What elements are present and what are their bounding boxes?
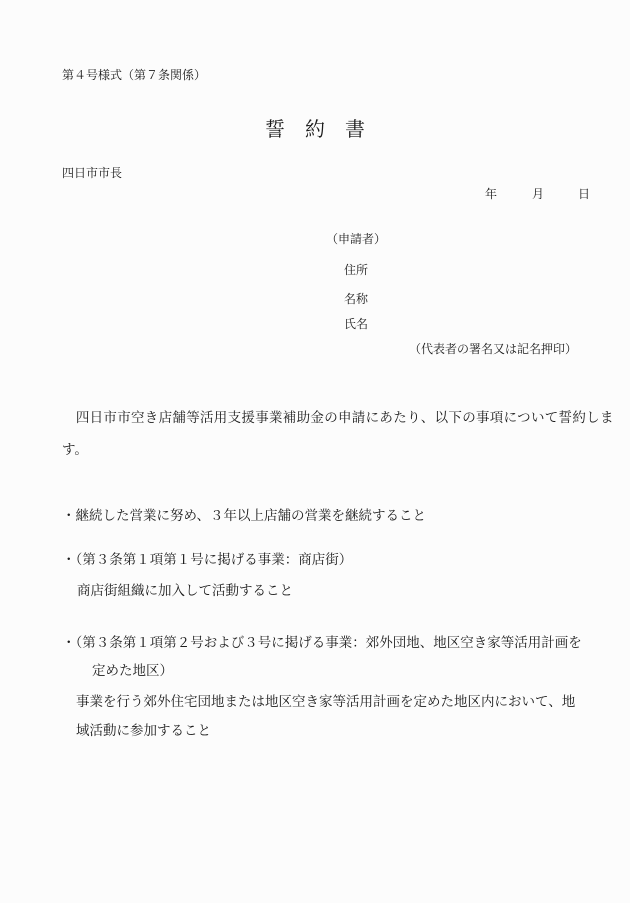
pledge-item: ・継続した営業に努め、３年以上店舗の営業を継続すること xyxy=(62,504,426,524)
signature-note: （代表者の署名又は記名押印） xyxy=(409,340,577,357)
pledge-item-continuation: 定めた地区） xyxy=(92,659,173,679)
title-char: 約 xyxy=(305,113,325,142)
date-month-label: 月 xyxy=(532,185,544,202)
date-year-label: 年 xyxy=(485,185,497,202)
org-name-label: 名称 xyxy=(344,290,368,307)
statement-line: す。 xyxy=(62,438,88,458)
title-char: 誓 xyxy=(265,113,285,142)
pledge-item: ・（第３条第１項第２号および３号に掲げる事業：郊外団地、地区空き家等活用計画を xyxy=(62,631,582,651)
pledge-item-detail: 事業を行う郊外住宅団地または地区空き家等活用計画を定めた地区内において、地 xyxy=(76,690,575,710)
title-char: 書 xyxy=(345,113,365,142)
statement-text: 四日市市空き店舗等活用支援事業補助金の申請にあたり、以下の事項について誓約しま xyxy=(76,410,614,426)
person-name-label: 氏名 xyxy=(344,315,368,332)
pledge-item-detail: 商店街組織に加入して活動すること xyxy=(77,579,293,599)
address-label: 住所 xyxy=(344,261,368,278)
document-title: 誓約書 xyxy=(0,113,630,142)
pledge-item: ・（第３条第１項第１号に掲げる事業：商店街） xyxy=(62,548,352,568)
applicant-heading: （申請者） xyxy=(326,230,386,247)
statement-line: 四日市市空き店舗等活用支援事業補助金の申請にあたり、以下の事項について誓約しま xyxy=(62,406,614,426)
pledge-item-detail: 域活動に参加すること xyxy=(76,719,211,739)
form-number: 第４号様式（第７条関係） xyxy=(62,66,206,83)
addressee: 四日市市長 xyxy=(62,164,122,181)
date-day-label: 日 xyxy=(578,185,590,202)
